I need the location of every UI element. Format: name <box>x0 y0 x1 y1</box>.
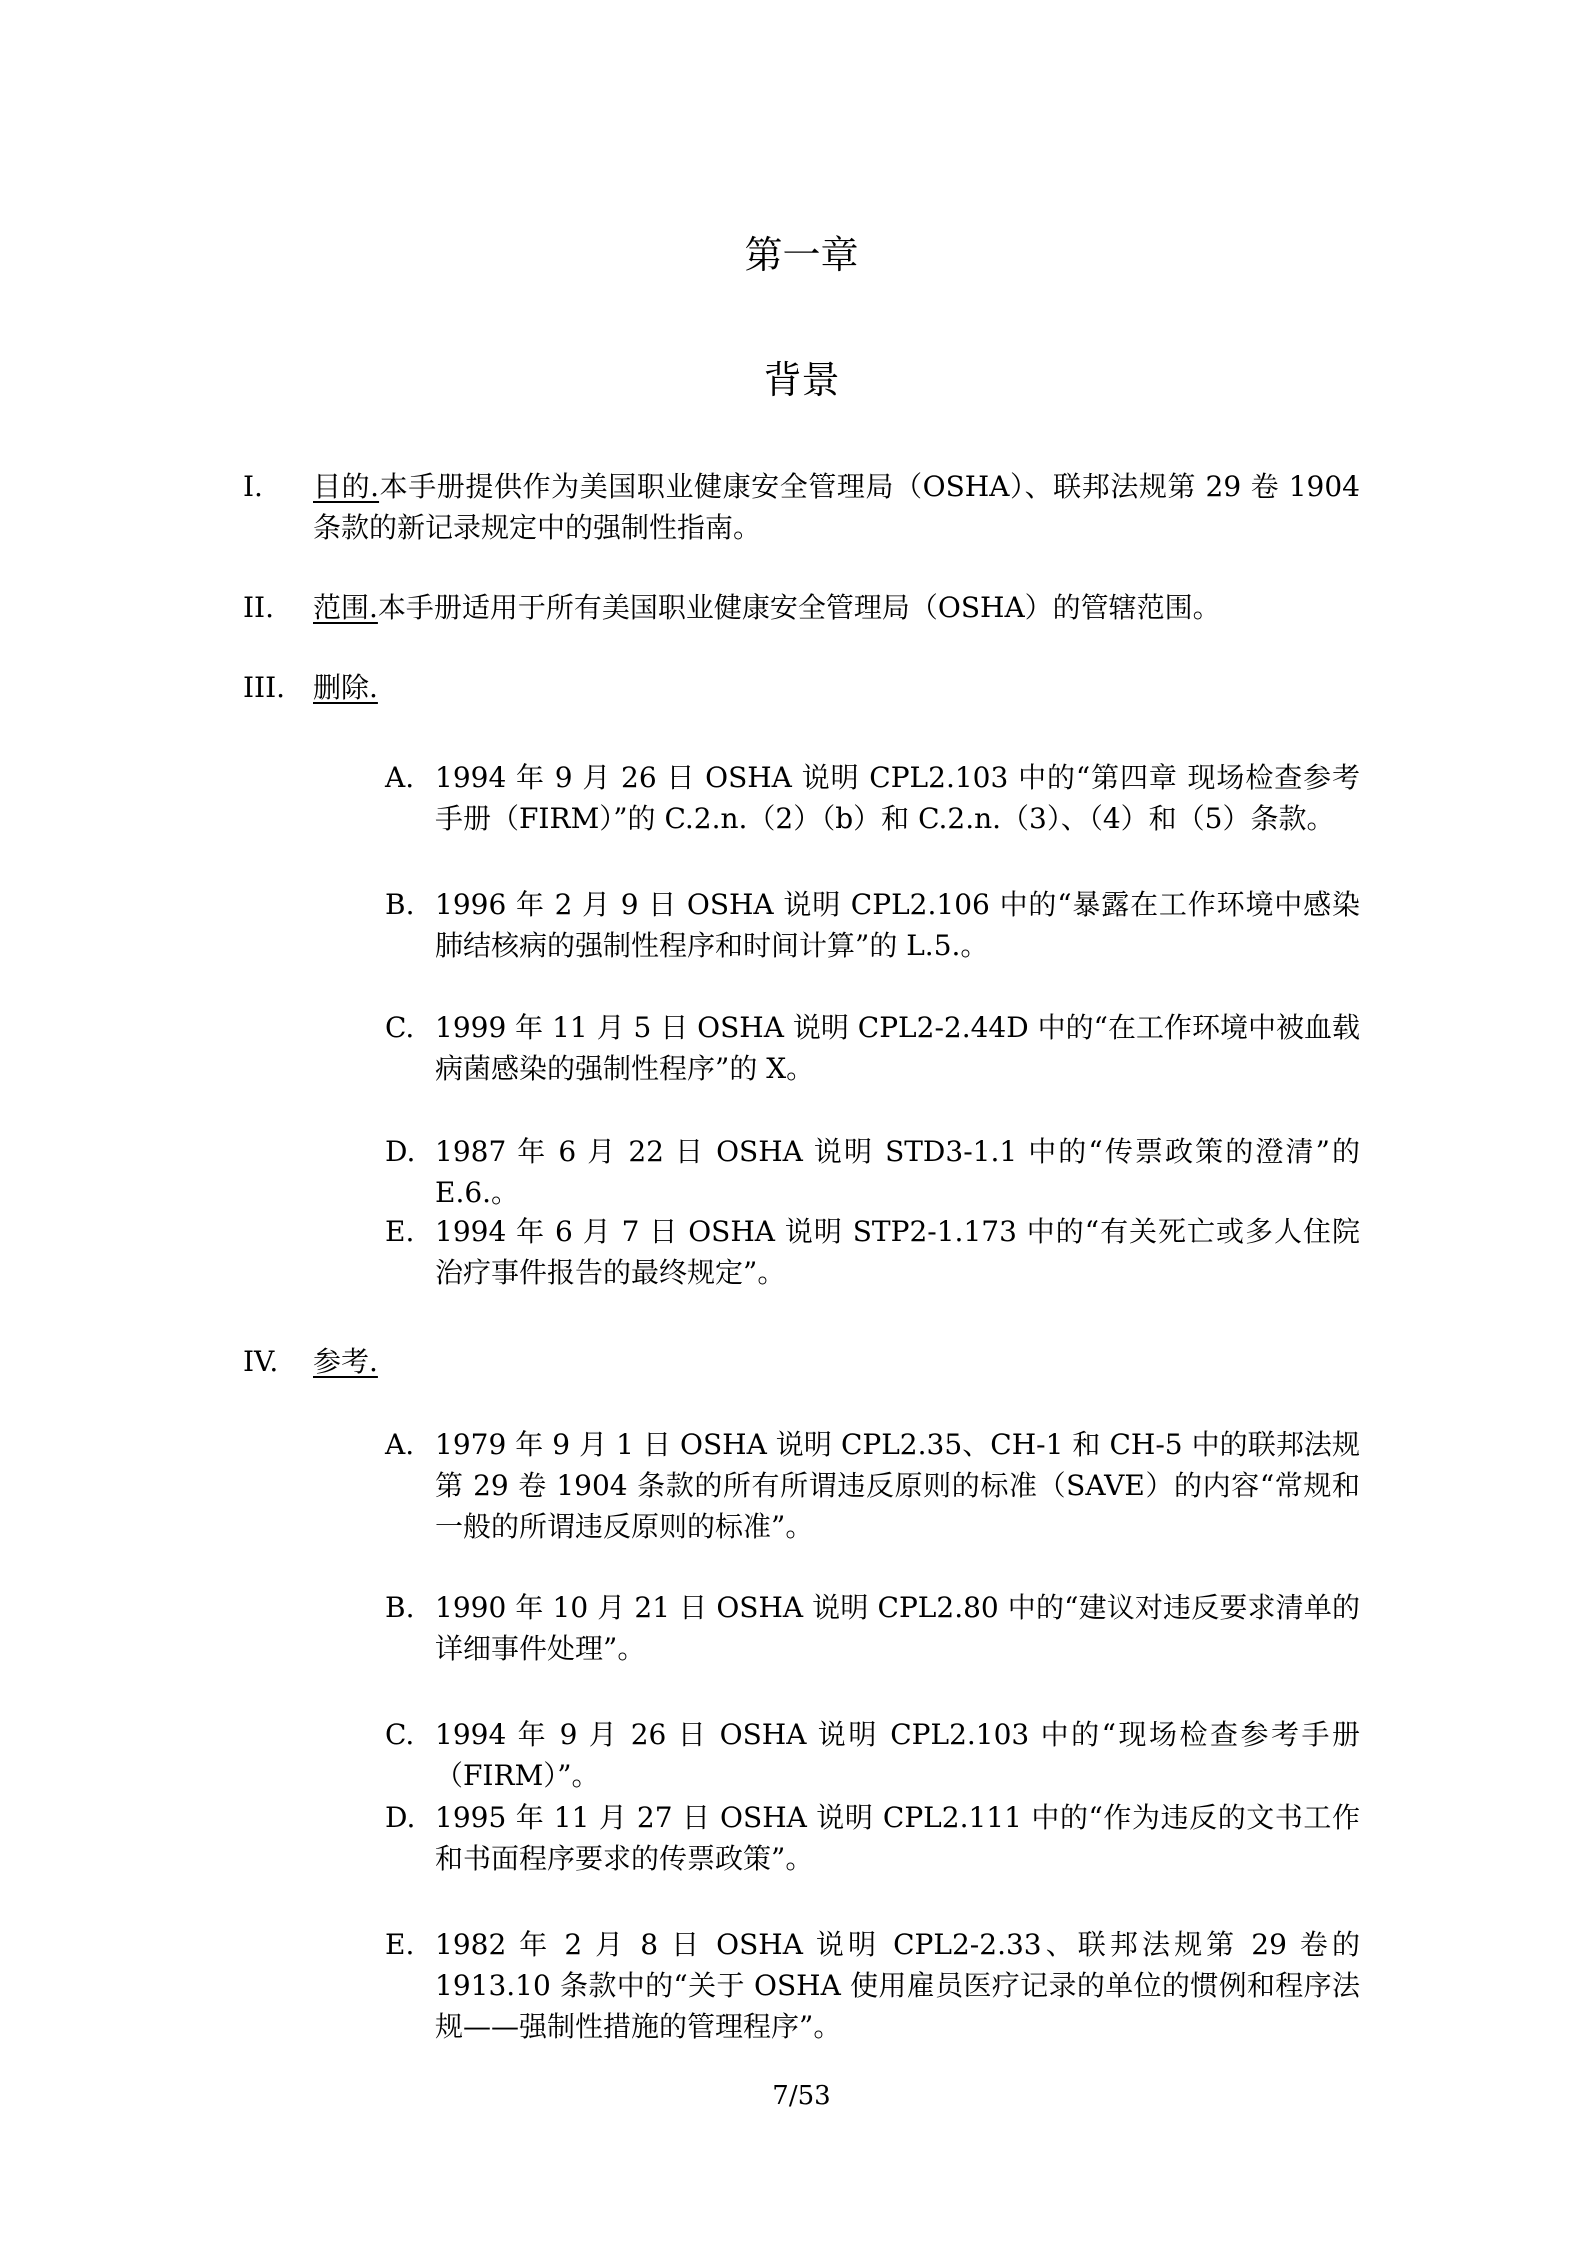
item-text: 1979 年 9 月 1 日 OSHA 说明 CPL2.35、CH-1 和 CH… <box>435 1424 1360 1547</box>
document-page: 第一章 背景 I. 目的.本手册提供作为美国职业健康安全管理局（OSHA）、联邦… <box>0 0 1587 2245</box>
item-text: 1982 年 2 月 8 日 OSHA 说明 CPL2-2.33、联邦法规第 2… <box>435 1924 1360 2047</box>
section-cancellation: III. 删除. <box>243 667 1360 708</box>
item-label: D. <box>385 1131 435 1172</box>
section-scope: II. 范围.本手册适用于所有美国职业健康安全管理局（OSHA）的管辖范围。 <box>243 587 1360 628</box>
item-label: B. <box>385 884 435 925</box>
section-heading: 目的. <box>313 470 379 503</box>
item-iii-e: E. 1994 年 6 月 7 日 OSHA 说明 STP2-1.173 中的“… <box>385 1211 1360 1293</box>
item-label: C. <box>385 1714 435 1755</box>
section-numeral: I. <box>243 466 313 507</box>
section-numeral: III. <box>243 667 313 708</box>
section-body: 目的.本手册提供作为美国职业健康安全管理局（OSHA）、联邦法规第 29 卷 1… <box>313 466 1360 548</box>
page-number: 7/53 <box>243 2080 1360 2112</box>
item-text: 1999 年 11 月 5 日 OSHA 说明 CPL2-2.44D 中的“在工… <box>435 1007 1360 1089</box>
item-iii-a: A. 1994 年 9 月 26 日 OSHA 说明 CPL2.103 中的“第… <box>385 757 1360 839</box>
section-references: IV. 参考. <box>243 1341 1360 1382</box>
item-label: E. <box>385 1211 435 1252</box>
section-heading: 删除. <box>313 671 378 704</box>
section-purpose: I. 目的.本手册提供作为美国职业健康安全管理局（OSHA）、联邦法规第 29 … <box>243 466 1360 548</box>
item-text: 1987 年 6 月 22 日 OSHA 说明 STD3-1.1 中的“传票政策… <box>435 1131 1360 1213</box>
item-iii-c: C. 1999 年 11 月 5 日 OSHA 说明 CPL2-2.44D 中的… <box>385 1007 1360 1089</box>
item-iv-c: C. 1994 年 9 月 26 日 OSHA 说明 CPL2.103 中的“现… <box>385 1714 1360 1796</box>
section-heading: 参考. <box>313 1345 378 1378</box>
section-body: 范围.本手册适用于所有美国职业健康安全管理局（OSHA）的管辖范围。 <box>313 587 1360 628</box>
item-iii-b: B. 1996 年 2 月 9 日 OSHA 说明 CPL2.106 中的“暴露… <box>385 884 1360 966</box>
item-text: 1994 年 9 月 26 日 OSHA 说明 CPL2.103 中的“第四章 … <box>435 757 1360 839</box>
section-body: 参考. <box>313 1341 1360 1382</box>
item-iv-a: A. 1979 年 9 月 1 日 OSHA 说明 CPL2.35、CH-1 和… <box>385 1424 1360 1547</box>
item-iv-b: B. 1990 年 10 月 21 日 OSHA 说明 CPL2.80 中的“建… <box>385 1587 1360 1669</box>
page-heading: 背景 <box>243 356 1360 404</box>
item-text: 1994 年 6 月 7 日 OSHA 说明 STP2-1.173 中的“有关死… <box>435 1211 1360 1293</box>
item-iv-d: D. 1995 年 11 月 27 日 OSHA 说明 CPL2.111 中的“… <box>385 1797 1360 1879</box>
item-text: 1995 年 11 月 27 日 OSHA 说明 CPL2.111 中的“作为违… <box>435 1797 1360 1879</box>
item-label: D. <box>385 1797 435 1838</box>
item-label: C. <box>385 1007 435 1048</box>
section-numeral: IV. <box>243 1341 313 1382</box>
section-body: 删除. <box>313 667 1360 708</box>
item-text: 1994 年 9 月 26 日 OSHA 说明 CPL2.103 中的“现场检查… <box>435 1714 1360 1796</box>
item-text: 1990 年 10 月 21 日 OSHA 说明 CPL2.80 中的“建议对违… <box>435 1587 1360 1669</box>
section-numeral: II. <box>243 587 313 628</box>
section-text: 本手册提供作为美国职业健康安全管理局（OSHA）、联邦法规第 29 卷 1904… <box>313 470 1360 544</box>
item-label: A. <box>385 757 435 798</box>
item-label: E. <box>385 1924 435 1965</box>
item-label: B. <box>385 1587 435 1628</box>
item-text: 1996 年 2 月 9 日 OSHA 说明 CPL2.106 中的“暴露在工作… <box>435 884 1360 966</box>
item-iv-e: E. 1982 年 2 月 8 日 OSHA 说明 CPL2-2.33、联邦法规… <box>385 1924 1360 2047</box>
section-text: 本手册适用于所有美国职业健康安全管理局（OSHA）的管辖范围。 <box>378 591 1221 624</box>
item-iii-d: D. 1987 年 6 月 22 日 OSHA 说明 STD3-1.1 中的“传… <box>385 1131 1360 1213</box>
section-heading: 范围. <box>313 591 378 624</box>
chapter-title: 第一章 <box>243 231 1360 279</box>
item-label: A. <box>385 1424 435 1465</box>
